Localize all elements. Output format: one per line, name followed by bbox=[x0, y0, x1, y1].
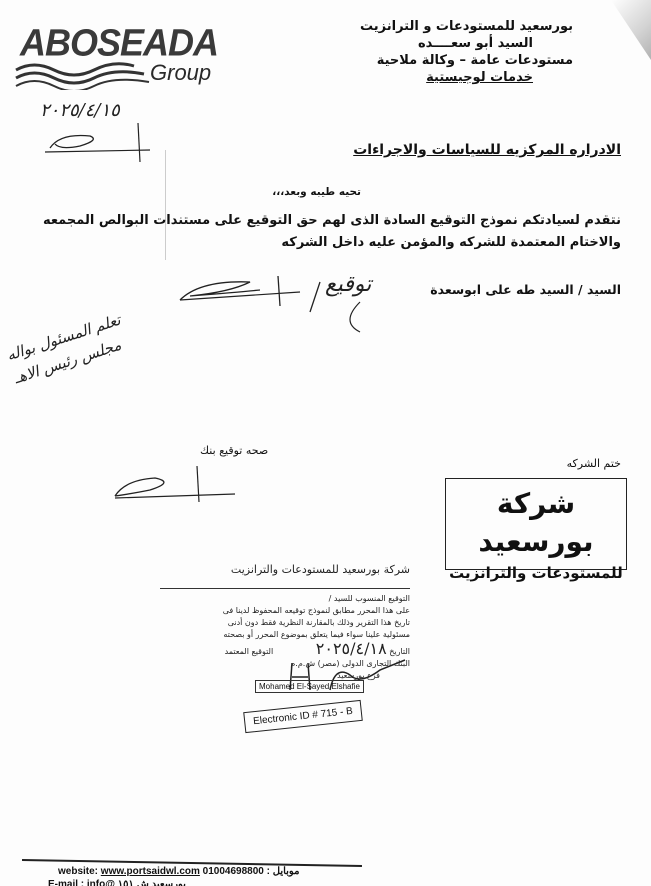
website-label: website: bbox=[58, 866, 98, 877]
bank-stamp-code-row bbox=[160, 578, 410, 589]
paper-fold-shadow bbox=[611, 0, 651, 60]
bank-stamp-signature-of: التوقيع المنسوب للسيد / bbox=[160, 593, 410, 605]
bank-signature-icon bbox=[105, 458, 245, 503]
logo-group-text: Group bbox=[150, 60, 211, 86]
header-line-1: بورسعيد للمستودعات و الترانزيت bbox=[273, 18, 573, 35]
company-stamp-line-1: شركة بورسعيد bbox=[446, 485, 626, 561]
initials-signature-icon bbox=[40, 118, 160, 163]
address-partial: بورسعيد ش ١٥١ bbox=[118, 879, 186, 886]
header-line-3: مستودعات عامة – وكالة ملاحية bbox=[273, 52, 573, 69]
bank-signature-label: صحه توقيع بنك bbox=[200, 444, 268, 457]
electronic-id-stamp: Electronic ID # 715 - B bbox=[243, 700, 363, 733]
waves-logo-icon bbox=[14, 60, 154, 90]
body-line-2: والاختام المعتمدة للشركه والمؤمن عليه دا… bbox=[43, 232, 621, 254]
subject-heading: الادراره المركزيه للسياسات والاجراءات bbox=[353, 142, 621, 158]
header-line-4: خدمات لوجيستية bbox=[273, 69, 533, 86]
mobile-number: 01004698800 bbox=[203, 866, 264, 877]
footer-contact: website: www.portsaidwl.com 01004698800 … bbox=[58, 866, 299, 877]
bank-stamp-title: شركة بورسعيد للمستودعات والترانزيت bbox=[160, 562, 410, 578]
bank-stamp-text-1: على هذا المحرر مطابق لنموذج توقيعه المحف… bbox=[160, 605, 410, 617]
margin-handwritten-note: تعلم المسئول بواله مجلس رئيس الاهـ bbox=[3, 308, 131, 390]
signatory-name: السيد / السيد طه على ابوسعدة bbox=[430, 282, 621, 297]
bank-stamp-text-2: تاريخ هذا التقرير وذلك بالمقارنة النظرية… bbox=[160, 617, 410, 629]
company-header: بورسعيد للمستودعات و الترانزيت السيد أبو… bbox=[273, 18, 573, 86]
officer-name: Mohamed El-Sayed Elshafie bbox=[255, 680, 364, 693]
signatory-signature-icon bbox=[160, 262, 370, 337]
letter-body: نتقدم لسيادتكم نموذج التوقيع السادة الذى… bbox=[43, 210, 621, 254]
header-line-2: السيد أبو سعــــده bbox=[273, 35, 533, 52]
email-label: E-mail : info@ bbox=[48, 879, 115, 886]
company-stamp-line-2: للمستودعات والترانزيت bbox=[446, 561, 626, 585]
body-line-1: نتقدم لسيادتكم نموذج التوقيع السادة الذى… bbox=[43, 210, 621, 232]
mobile-label: : موبايل bbox=[267, 866, 300, 877]
company-stamp: شركة بورسعيد للمستودعات والترانزيت bbox=[445, 478, 627, 570]
bank-stamp-approved-signature: التوقيع المعتمد bbox=[225, 647, 274, 656]
footer-email: E-mail : info@ بورسعيد ش ١٥١ bbox=[48, 879, 186, 886]
company-logo: ABOSEADA bbox=[20, 21, 218, 65]
website-link[interactable]: www.portsaidwl.com bbox=[101, 866, 200, 877]
greeting: تحيه طيبه وبعد،،، bbox=[272, 186, 361, 198]
company-stamp-label: ختم الشركه bbox=[567, 457, 621, 470]
